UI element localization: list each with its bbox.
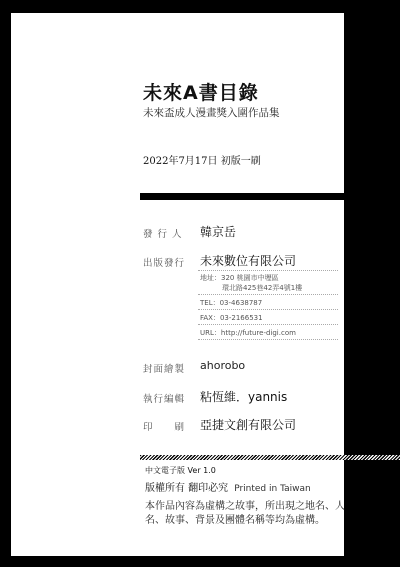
fax: FAX：03-2166531	[200, 313, 263, 323]
tel: TEL：03-4638787	[200, 298, 262, 308]
rights-reserved: 版權所有 翻印必究	[145, 483, 228, 494]
edition-date: 2022年7月17日 初版一刷	[143, 152, 261, 167]
credit-label-editor: 執行編輯	[143, 391, 185, 405]
address-line-1: 地址：320 桃園市中壢區	[200, 273, 279, 283]
dotted-line	[198, 324, 338, 325]
dotted-line	[198, 309, 338, 310]
book-subtitle: 未來盃成人漫畫獎入圍作品集	[143, 105, 280, 120]
dotted-line	[198, 294, 338, 295]
credit-value-printing: 亞捷文創有限公司	[200, 416, 296, 433]
credit-label-printing: 印 刷	[143, 419, 185, 433]
dotted-line	[198, 339, 338, 340]
credit-value-publisher: 韓京岳	[200, 223, 236, 240]
credit-value-cover: ahorobo	[200, 359, 245, 372]
credit-label-publisher: 發 行 人	[143, 226, 183, 240]
book-title: 未來A書目錄	[143, 78, 259, 105]
credit-value-publishing: 未來數位有限公司	[200, 252, 296, 269]
dotted-line	[198, 270, 338, 271]
credit-value-editor: 粘恆維．yannis	[200, 388, 287, 405]
thick-divider	[140, 193, 400, 200]
copyright-line: 版權所有 翻印必究Printed in Taiwan	[145, 479, 311, 494]
credit-label-cover: 封面繪製	[143, 361, 185, 375]
version-label: 中文電子版 Ver 1.0	[145, 465, 216, 476]
credit-label-publishing: 出版發行	[143, 255, 185, 269]
fiction-disclaimer: 本作品內容為虛構之故事，所出現之地名、人名、故事、背景及團體名稱等均為虛構。	[145, 500, 360, 528]
printed-in: Printed in Taiwan	[234, 484, 310, 494]
hatched-divider	[140, 455, 400, 460]
address-line-2: 環北路425巷42弄4號1樓	[222, 283, 302, 293]
website-url[interactable]: URL：http://future-digi.com	[200, 328, 296, 338]
